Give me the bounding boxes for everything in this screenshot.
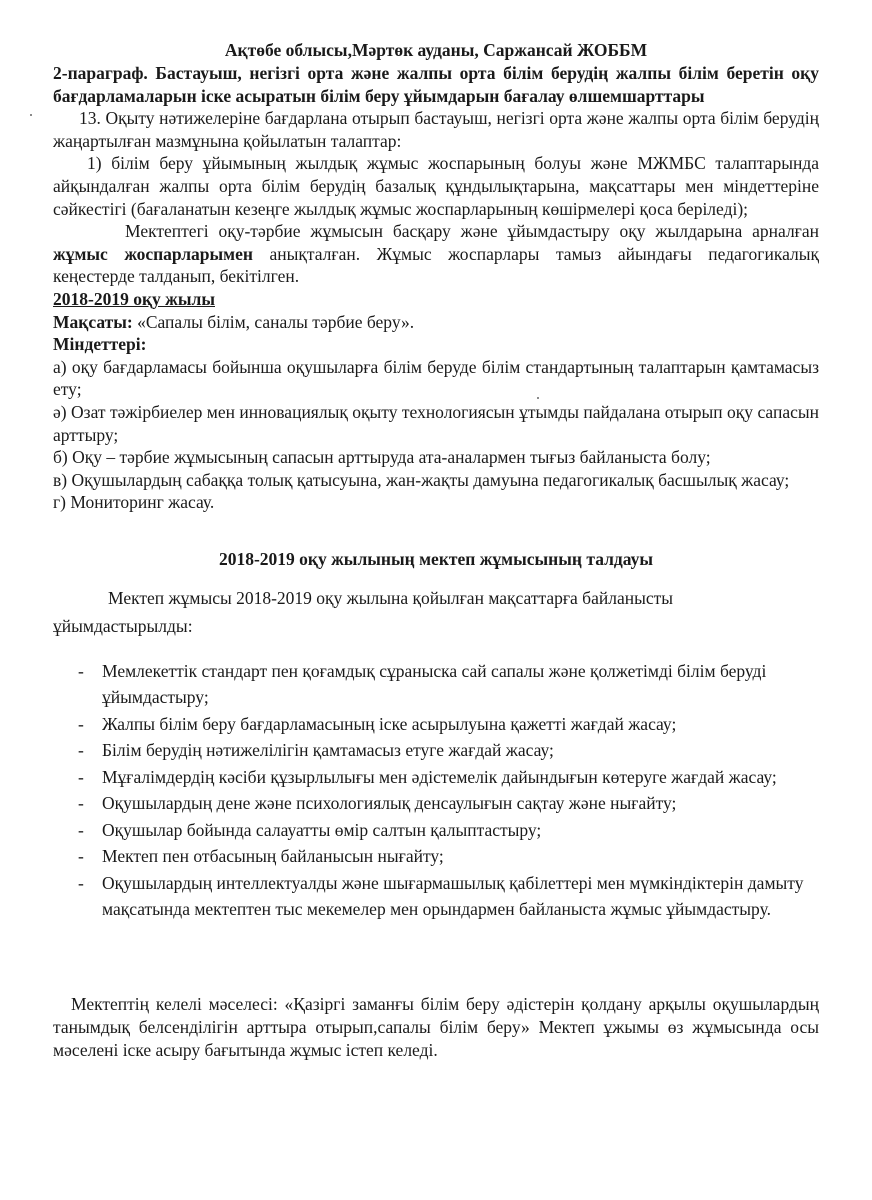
list-item-text: Мектеп пен отбасының байланысын нығайту; — [102, 846, 444, 866]
task-item: г) Мониторинг жасау. — [53, 491, 819, 514]
task-item: б) Оқу – тәрбие жұмысының сапасын арттыр… — [53, 446, 819, 469]
dash-bullet-icon: - — [78, 764, 84, 791]
dash-bullet-icon: - — [78, 658, 84, 685]
dash-bullet-icon: - — [78, 711, 84, 738]
conclusion-paragraph: Мектептің келелі мәселесі: «Қазіргі зама… — [53, 993, 819, 1062]
dash-bullet-icon: - — [78, 843, 84, 870]
goal-line: Мақсаты: «Сапалы білім, саналы тәрбие бе… — [53, 311, 819, 334]
work-plans-bold: жұмыс жоспарларымен — [53, 244, 253, 264]
scan-speck — [30, 114, 32, 116]
analysis-bullet-list: -Мемлекеттік стандарт пен қоғамдық сұран… — [53, 658, 819, 923]
list-item-text: Мұғалімдердің кәсіби құзырлылығы мен әді… — [102, 767, 777, 787]
list-item: -Білім берудің нәтижелілігін қамтамасыз … — [78, 737, 819, 764]
analysis-title: 2018-2019 оқу жылының мектеп жұмысының т… — [53, 548, 819, 570]
list-item: -Жалпы білім беру бағдарламасының іске а… — [78, 711, 819, 738]
list-item-text: Білім берудің нәтижелілігін қамтамасыз е… — [102, 740, 554, 760]
list-item: -Оқушылардың дене және психологиялық ден… — [78, 790, 819, 817]
work-plans-text-before: Мектептегі оқу-тәрбие жұмысын басқару жә… — [125, 221, 819, 241]
goal-text: «Сапалы білім, саналы тәрбие беру». — [133, 312, 414, 332]
list-item: -Мемлекеттік стандарт пен қоғамдық сұран… — [78, 658, 819, 711]
dash-bullet-icon: - — [78, 870, 84, 897]
task-item: в) Оқушылардың сабаққа толық қатысуына, … — [53, 469, 819, 492]
list-item-text: Мемлекеттік стандарт пен қоғамдық сұраны… — [102, 661, 766, 708]
task-item: а) оқу бағдарламасы бойынша оқушыларға б… — [53, 356, 819, 401]
school-header: Ақтөбе облысы,Мәртөк ауданы, Саржансай Ж… — [53, 38, 819, 62]
goal-label: Мақсаты: — [53, 312, 133, 332]
list-item: -Мектеп пен отбасының байланысын нығайту… — [78, 843, 819, 870]
analysis-intro: Мектеп жұмысы 2018-2019 оқу жылына қойыл… — [53, 584, 819, 640]
paragraph-title: 2-параграф. Бастауыш, негізгі орта және … — [53, 62, 819, 107]
dash-bullet-icon: - — [78, 817, 84, 844]
work-plans-paragraph: Мектептегі оқу-тәрбие жұмысын басқару жә… — [53, 220, 819, 288]
list-item-text: Жалпы білім беру бағдарламасының іске ас… — [102, 714, 676, 734]
list-item-text: Оқушылардың интеллектуалды және шығармаш… — [102, 873, 803, 920]
scan-speck — [537, 397, 539, 399]
list-item-text: Оқушылар бойында салауатты өмір салтын қ… — [102, 820, 541, 840]
list-item-text: Оқушылардың дене және психологиялық денс… — [102, 793, 676, 813]
dash-bullet-icon: - — [78, 790, 84, 817]
document-page: Ақтөбе облысы,Мәртөк ауданы, Саржансай Ж… — [53, 38, 819, 1062]
year-heading-line: 2018-2019 оқу жылы — [53, 288, 819, 311]
dash-bullet-icon: - — [78, 737, 84, 764]
list-item: -Оқушылардың интеллектуалды және шығарма… — [78, 870, 819, 923]
requirement-1: 1) білім беру ұйымының жылдық жұмыс жосп… — [53, 152, 819, 220]
task-item: ә) Озат тәжірбиелер мен инновациялық оқы… — [53, 401, 819, 446]
requirement-13: 13. Оқыту нәтижелеріне бағдарлана отырып… — [53, 107, 819, 152]
tasks-label: Міндеттері: — [53, 333, 819, 356]
list-item: -Оқушылар бойында салауатты өмір салтын … — [78, 817, 819, 844]
list-item: -Мұғалімдердің кәсіби құзырлылығы мен әд… — [78, 764, 819, 791]
year-heading: 2018-2019 оқу жылы — [53, 289, 215, 309]
